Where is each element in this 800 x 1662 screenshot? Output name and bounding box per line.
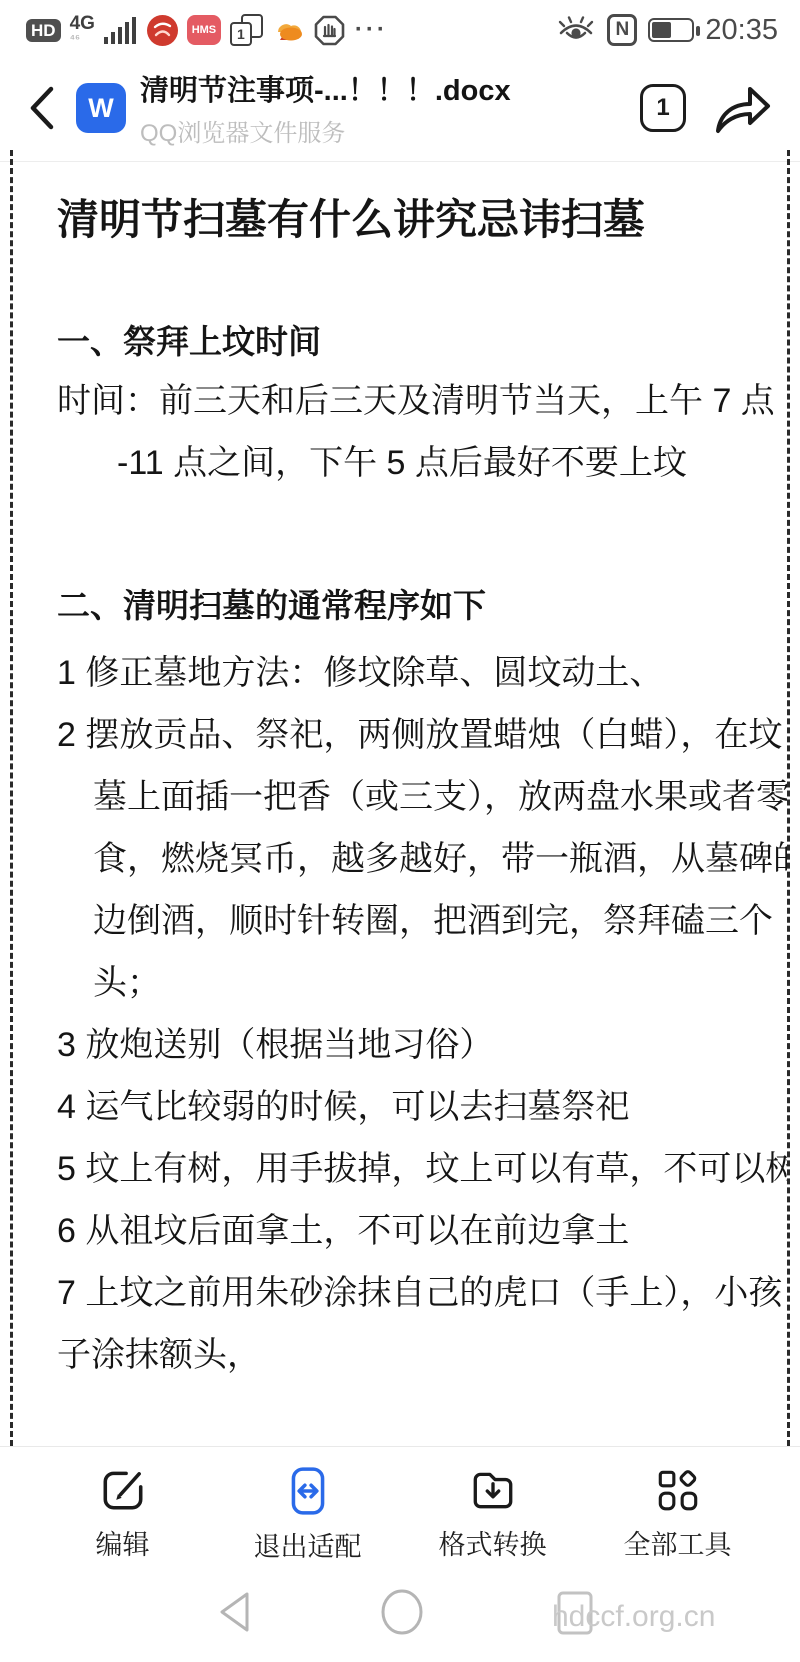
format-convert-button[interactable]: 格式转换 <box>418 1465 568 1562</box>
doc-line: 7 上坟之前用朱砂涂抹自己的虎口（手上），小孩 <box>57 1262 749 1324</box>
network-type-label: 4G <box>70 15 95 32</box>
share-arrow-icon <box>714 81 772 135</box>
doc-line: 墓上面插一把香（或三支），放两盘水果或者零 <box>93 766 749 828</box>
eye-comfort-icon <box>556 14 596 46</box>
nav-home-button[interactable] <box>379 1588 425 1636</box>
back-button[interactable] <box>28 85 56 131</box>
page-count-button[interactable]: 1 <box>640 84 686 132</box>
exit-fit-button[interactable]: 退出适配 <box>233 1465 383 1564</box>
file-title: 清明节注事项-...！！！.docx <box>140 68 550 109</box>
android-navbar: hdccf.org.cn <box>0 1562 800 1662</box>
status-bar: HD 4G ⁴⁶ HMS <box>0 0 800 56</box>
folder-download-icon <box>468 1465 518 1515</box>
status-left-group: HD 4G ⁴⁶ HMS <box>26 14 388 47</box>
doc-line: 1 修正墓地方法：修坟除草、圆坟动土、 <box>57 642 749 704</box>
doc-title: 清明节扫墓有什么讲究忌讳扫墓 <box>57 192 749 248</box>
doc-line: 4 运气比较弱的时候，可以去扫墓祭祀 <box>57 1076 749 1138</box>
hd-voice-icon: HD <box>26 19 61 42</box>
doc-line: 时间：前三天和后三天及清明节当天，上午 7 点 <box>57 370 749 432</box>
all-tools-grid-icon <box>653 1465 703 1515</box>
doc-section2-heading: 二、清明扫墓的通常程序如下 <box>57 582 749 630</box>
doc-line: 子涂抹额头， <box>57 1324 749 1386</box>
all-tools-button[interactable]: 全部工具 <box>603 1465 753 1562</box>
document-header: W 清明节注事项-...！！！.docx QQ浏览器文件服务 1 <box>0 56 800 160</box>
bottom-toolbar: 编辑 退出适配 格式转换 <box>0 1446 800 1562</box>
word-file-icon: W <box>76 83 126 133</box>
doc-section1-paragraph: 时间：前三天和后三天及清明节当天，上午 7 点 -11 点之间，下午 5 点后最… <box>57 370 749 494</box>
network-sub-label: ⁴⁶ <box>70 33 81 45</box>
doc-line: 2 摆放贡品、祭祀，两侧放置蜡烛（白蜡），在坟 <box>57 704 749 766</box>
doc-line: 食，燃烧冥币，越多越好，带一瓶酒，从墓碑的前 <box>93 828 749 890</box>
doc-line: 头； <box>93 952 749 1014</box>
share-button[interactable] <box>714 81 772 135</box>
signal-bars-icon <box>104 16 138 44</box>
doc-line: 6 从祖坟后面拿土，不可以在前边拿土 <box>57 1200 749 1262</box>
tool-label: 全部工具 <box>624 1523 732 1562</box>
file-meta: 清明节注事项-...！！！.docx QQ浏览器文件服务 <box>140 68 640 148</box>
doc-line: 5 坟上有树，用手拔掉，坟上可以有草，不可以树 <box>57 1138 749 1200</box>
exit-fit-icon <box>283 1465 333 1517</box>
nav-back-triangle-icon <box>216 1590 252 1634</box>
xuexi-app-icon <box>147 15 178 46</box>
chevron-left-icon <box>28 85 56 131</box>
app-clone-icon: 1 <box>230 14 263 46</box>
clock-time: 20:35 <box>705 14 778 47</box>
edit-pencil-icon <box>98 1465 148 1515</box>
weather-app-icon <box>272 15 304 46</box>
tool-label: 退出适配 <box>254 1525 362 1564</box>
nav-back-button[interactable] <box>216 1590 252 1634</box>
tool-label: 编辑 <box>96 1523 150 1562</box>
document-page: 清明节扫墓有什么讲究忌讳扫墓 一、祭拜上坟时间 时间：前三天和后三天及清明节当天… <box>10 150 790 1446</box>
edit-button[interactable]: 编辑 <box>48 1465 198 1562</box>
hms-app-icon: HMS <box>187 15 221 45</box>
site-watermark: hdccf.org.cn <box>552 1600 715 1634</box>
nav-home-circle-icon <box>379 1588 425 1636</box>
nfc-icon: N <box>607 14 637 46</box>
doc-line: 边倒酒，顺时针转圈，把酒到完，祭拜磕三个 <box>93 890 749 952</box>
status-right-group: N 20:35 <box>556 14 778 47</box>
do-not-disturb-hand-icon <box>313 14 346 47</box>
doc-line: 3 放炮送别（根据当地习俗） <box>57 1014 749 1076</box>
battery-icon <box>648 18 694 42</box>
tool-label: 格式转换 <box>439 1523 547 1562</box>
phone-screen: HD 4G ⁴⁶ HMS <box>0 0 800 1662</box>
doc-section1-heading: 一、祭拜上坟时间 <box>57 318 749 366</box>
doc-line: -11 点之间，下午 5 点后最好不要上坟 <box>117 432 749 494</box>
file-source: QQ浏览器文件服务 <box>140 113 640 148</box>
doc-section2-list: 1 修正墓地方法：修坟除草、圆坟动土、 2 摆放贡品、祭祀，两侧放置蜡烛（白蜡）… <box>57 642 749 1386</box>
status-more-icon: ··· <box>355 18 388 42</box>
